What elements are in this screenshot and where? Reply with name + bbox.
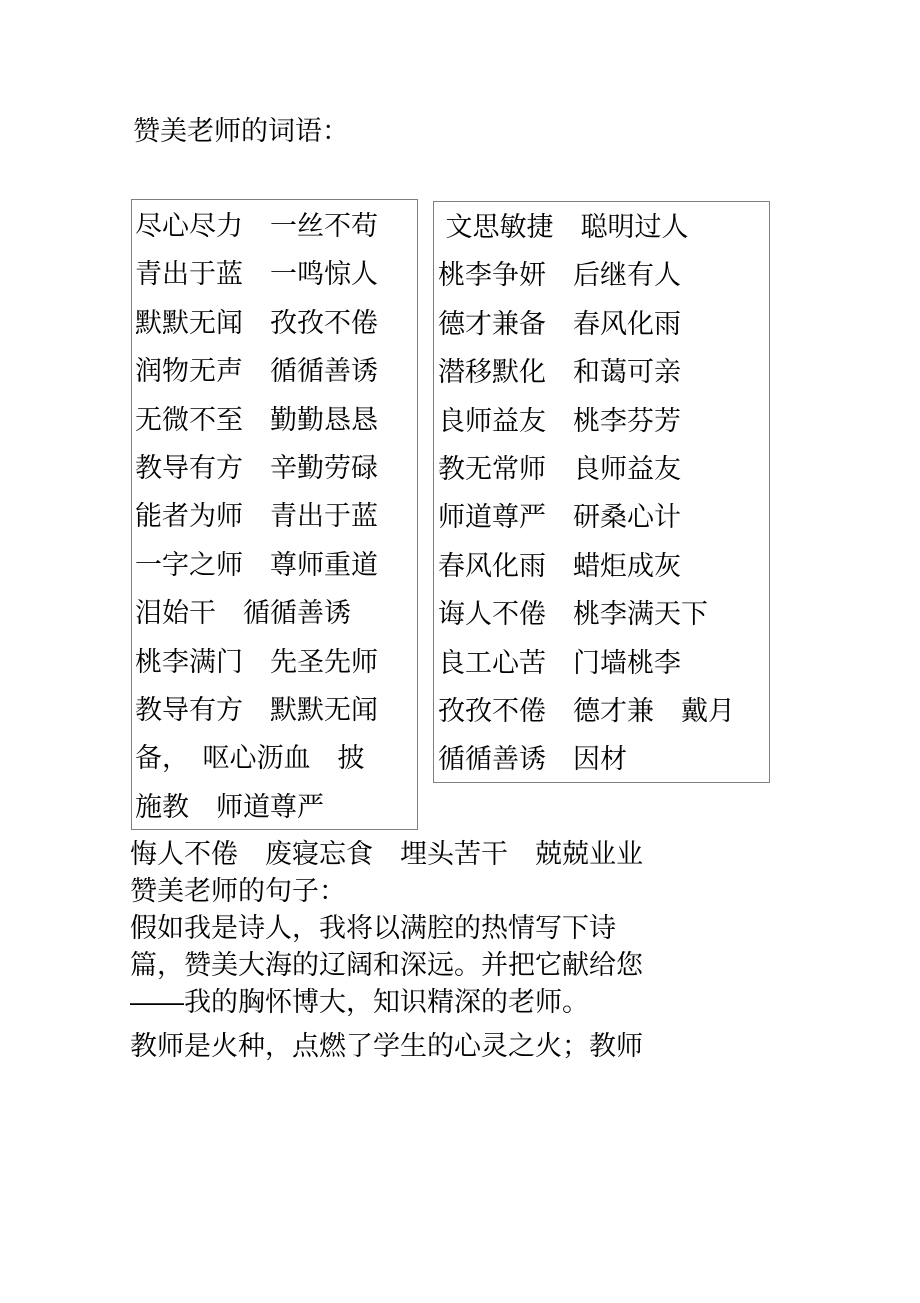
word-pair-line: 教导有方 默默无闻 [135,686,417,734]
word-pair-line: 春风化雨 蜡炬成灰 [438,542,769,590]
word-pair-line: 泪始干 循循善诱 [135,589,417,637]
word-pair-line: 无微不至 勤勤恳恳 [135,396,417,444]
word-pair-line: 师道尊严 研桑心计 [438,493,769,541]
lower-text-block: 悔人不倦 废寝忘食 埋头苦干 兢兢业业 赞美老师的句子： 假如我是诗人，我将以满… [130,836,643,1065]
word-pair-line: 青出于蓝 一鸣惊人 [135,250,417,298]
words-overflow-line: 悔人不倦 废寝忘食 埋头苦干 兢兢业业 [130,836,643,873]
words-box-right: 文思敏捷 聪明过人桃李争妍 后继有人德才兼备 春风化雨潜移默化 和蔼可亲良师益友… [433,201,770,783]
word-pair-line: 润物无声 循循善诱 [135,347,417,395]
sentences-paragraph: 假如我是诗人，我将以满腔的热情写下诗篇，赞美大海的辽阔和深远。并把它献给您——我… [130,910,643,1021]
word-pair-line: 诲人不倦 桃李满天下 [438,590,769,638]
word-pair-line: 尽心尽力 一丝不苟 [135,202,417,250]
word-pair-line: 桃李满门 先圣先师 [135,638,417,686]
word-pair-line: 教导有方 辛勤劳碌 [135,444,417,492]
word-pair-line: 教无常师 良师益友 [438,445,769,493]
paragraph-line: 篇，赞美大海的辽阔和深远。并把它献给您 [130,947,643,984]
word-pair-line: 文思敏捷 聪明过人 [438,203,769,251]
word-pair-line: 孜孜不倦 德才兼 戴月 [438,687,769,735]
word-pair-line: 施教 师道尊严 [135,783,417,830]
word-pair-line: 德才兼备 春风化雨 [438,300,769,348]
word-pair-line: 默默无闻 孜孜不倦 [135,299,417,347]
word-pair-line: 备， 呕心沥血 披 [135,734,417,782]
word-pair-line: 一字之师 尊师重道 [135,541,417,589]
word-pair-line: 潜移默化 和蔼可亲 [438,348,769,396]
words-section-title: 赞美老师的词语： [133,112,349,150]
word-pair-line: 良工心苦 门墙桃李 [438,639,769,687]
words-box-left: 尽心尽力 一丝不苟青出于蓝 一鸣惊人默默无闻 孜孜不倦润物无声 循循善诱无微不至… [131,199,418,830]
document-page: 赞美老师的词语： 尽心尽力 一丝不苟青出于蓝 一鸣惊人默默无闻 孜孜不倦润物无声… [0,0,920,1303]
paragraph-line: 假如我是诗人，我将以满腔的热情写下诗 [130,910,643,947]
word-pair-line: 良师益友 桃李芬芳 [438,397,769,445]
word-pair-line: 循循善诱 因材 [438,735,769,783]
second-paragraph-line: 教师是火种，点燃了学生的心灵之火；教师 [130,1028,643,1065]
word-pair-line: 桃李争妍 后继有人 [438,251,769,299]
word-pair-line: 能者为师 青出于蓝 [135,492,417,540]
sentences-section-title: 赞美老师的句子： [130,873,643,910]
paragraph-line: ——我的胸怀博大，知识精深的老师。 [130,984,643,1021]
